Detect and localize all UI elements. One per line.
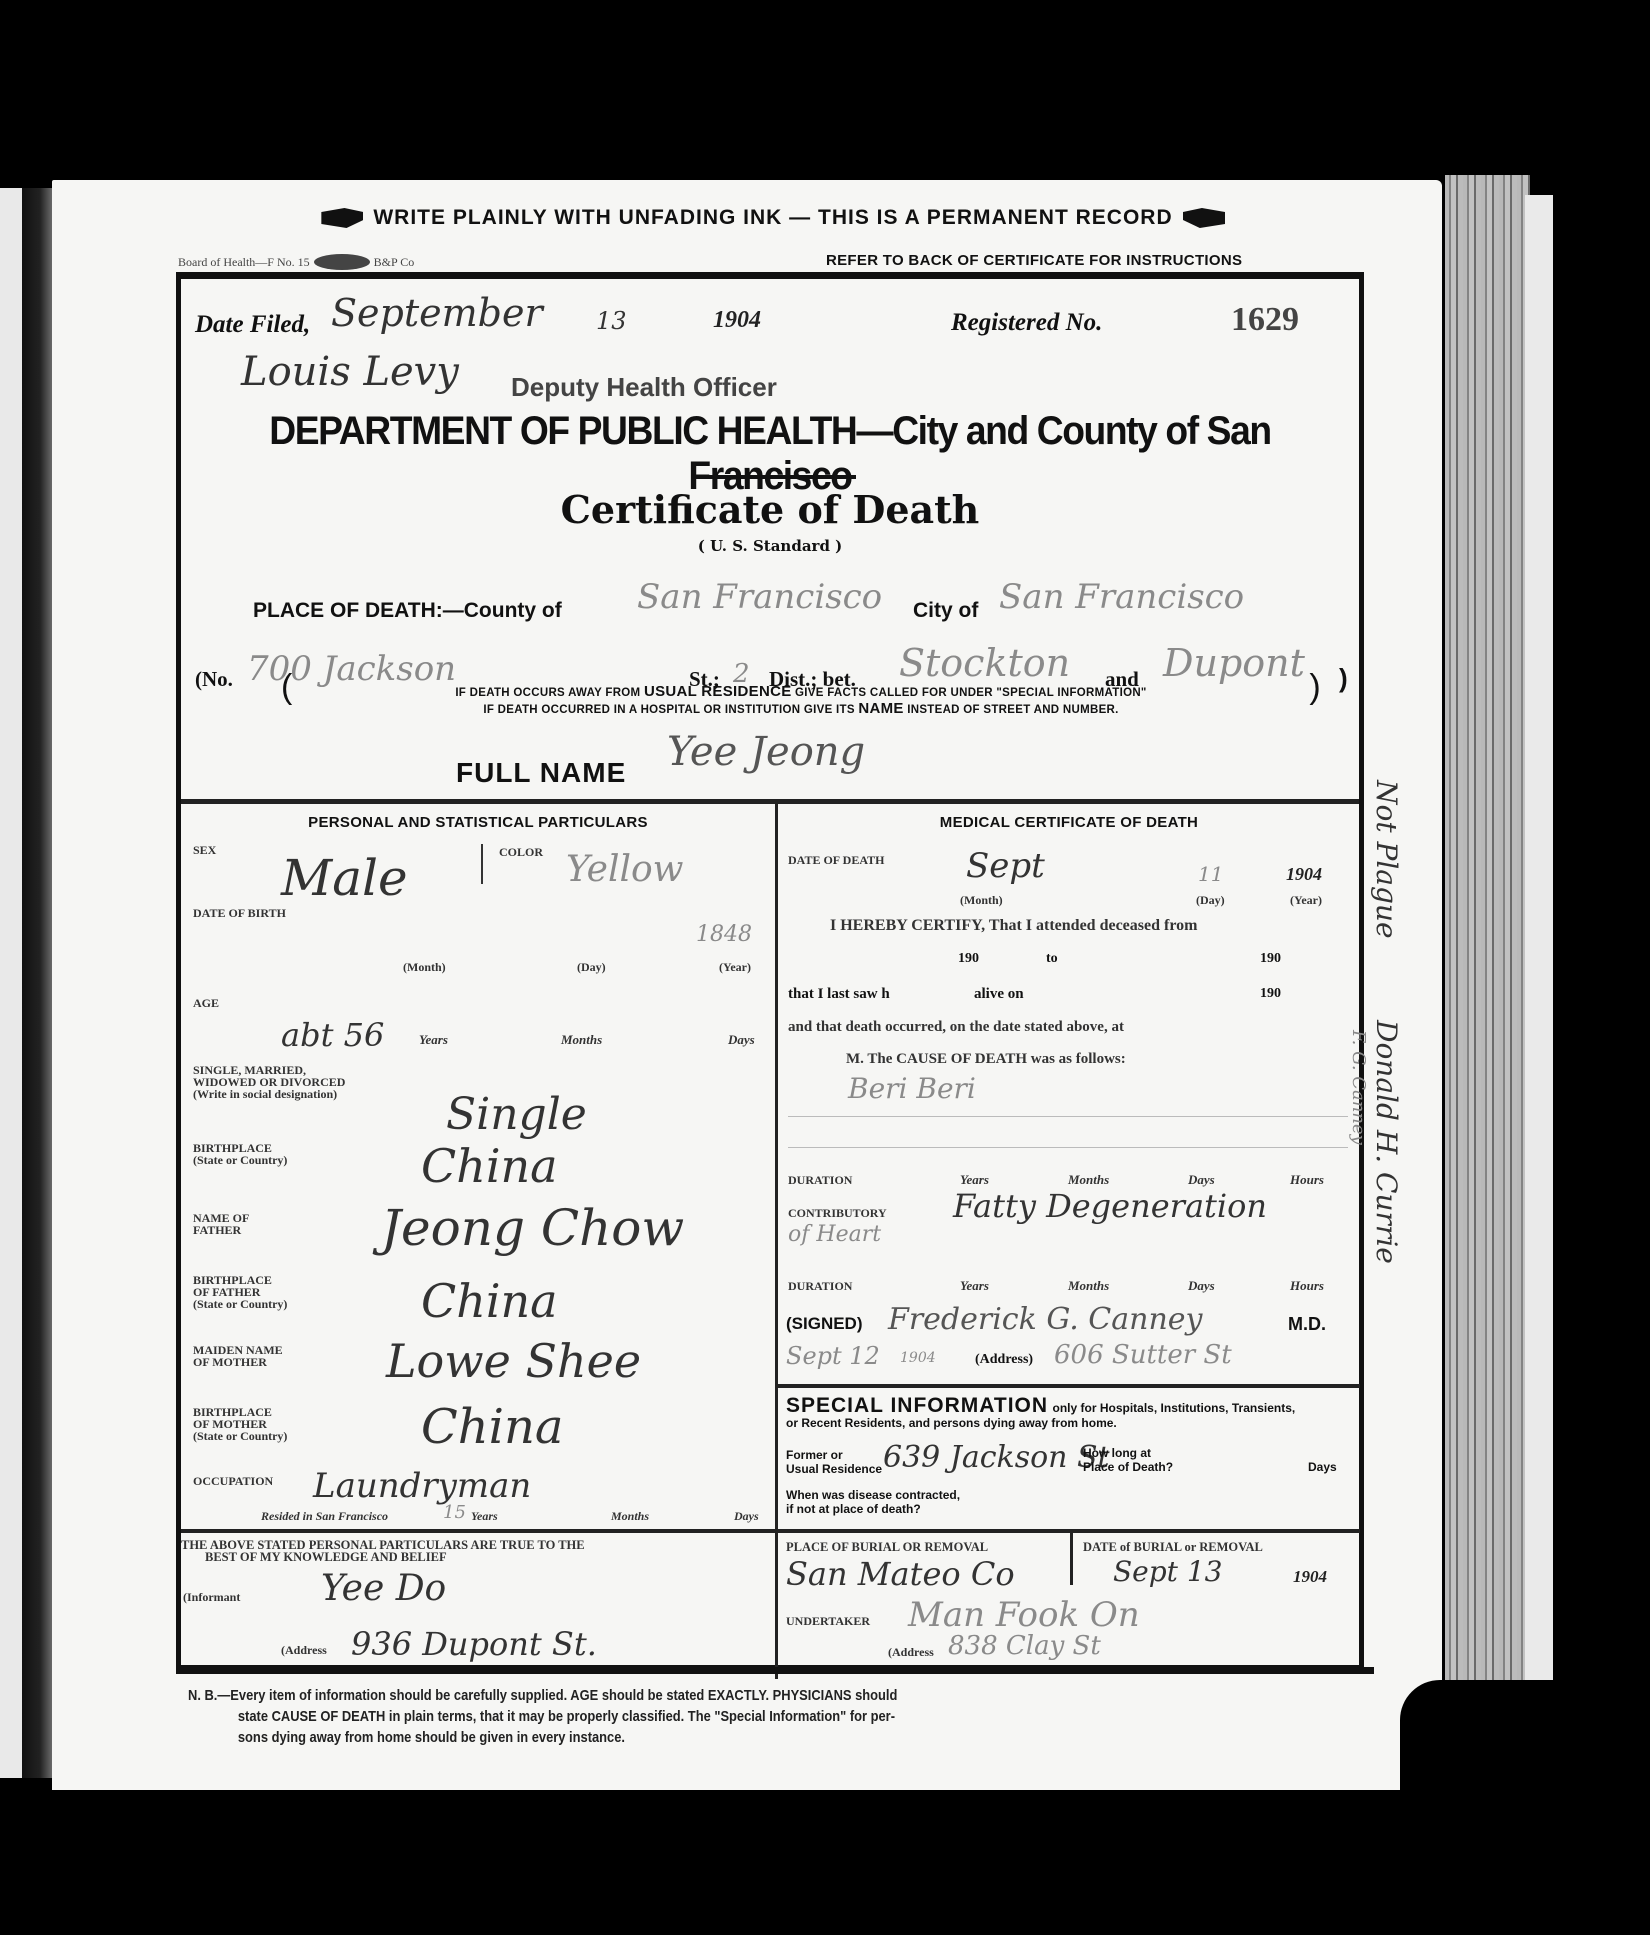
birth-year-value: 1848 (696, 922, 752, 947)
residence-instructions: IF DEATH OCCURS AWAY FROM USUAL RESIDENC… (281, 684, 1321, 718)
duration-months-label-2: Months (1068, 1278, 1109, 1294)
contributory-cause-continued: of Heart (788, 1222, 881, 1247)
informant-section: THE ABOVE STATED PERSONAL PARTICULARS AR… (181, 1529, 775, 1669)
occupation-value: Laundryman (313, 1466, 531, 1506)
birthplace-label: BIRTHPLACE (State or Country) (193, 1142, 287, 1166)
medical-section-title: MEDICAL CERTIFICATE OF DEATH (778, 814, 1360, 831)
full-name-label: FULL NAME (456, 757, 626, 789)
footnote-line: sons dying away from home should be give… (188, 1727, 1100, 1748)
to-label: to (1046, 951, 1058, 967)
banner-text: WRITE PLAINLY WITH UNFADING INK — THIS I… (373, 206, 1172, 230)
footnote-instructions: N. B.—Every item of information should b… (188, 1685, 1100, 1748)
duration-hours-label-2: Hours (1290, 1278, 1324, 1294)
burial-date-label: DATE of BURIAL or REMOVAL (1083, 1541, 1263, 1553)
informant-name-value: Yee Do (321, 1568, 446, 1609)
informant-label: (Informant (183, 1591, 240, 1603)
health-officer-signature: Louis Levy (241, 349, 459, 395)
resided-label: Resided in San Francisco (261, 1509, 388, 1524)
duration-days-label: Days (1188, 1172, 1215, 1188)
blank-line (788, 1147, 1348, 1148)
burial-place-label: PLACE OF BURIAL OR REMOVAL (786, 1541, 988, 1553)
death-month-value: Sept (966, 846, 1045, 886)
physician-signature: Frederick G. Canney (888, 1302, 1202, 1337)
undertaker-address-label: (Address (888, 1646, 934, 1658)
personal-section-title: PERSONAL AND STATISTICAL PARTICULARS (181, 814, 775, 831)
street-no-label: (No. (195, 667, 233, 692)
mother-birthplace-value: China (421, 1399, 564, 1455)
county-value: San Francisco (637, 577, 882, 617)
label-line: When was disease contracted, (786, 1488, 960, 1502)
burial-date-value: Sept 13 (1113, 1555, 1222, 1588)
certify-statement: I HEREBY CERTIFY, That I attended deceas… (830, 917, 1197, 935)
certificate-title: Certificate of Death (181, 487, 1359, 532)
street-address-value: 700 Jackson (247, 649, 456, 689)
date-filed-year: 1904 (713, 307, 761, 334)
union-label-seal-icon (314, 254, 370, 270)
form-code: Board of Health—F No. 15 B&P Co (178, 254, 414, 270)
day-label: (Day) (577, 961, 606, 973)
statement-line: BEST OF MY KNOWLEDGE AND BELIEF (181, 1551, 775, 1563)
duration-days-label-2: Days (1188, 1278, 1215, 1294)
label-line: OF MOTHER (193, 1356, 283, 1368)
burial-year-value: 1904 (1293, 1567, 1327, 1587)
father-name-value: Jeong Chow (381, 1199, 684, 1257)
place-of-death-label: PLACE OF DEATH:—County of (253, 599, 562, 623)
signed-year-value: 1904 (900, 1350, 936, 1366)
marital-status-label: SINGLE, MARRIED, WIDOWED OR DIVORCED (Wr… (193, 1064, 345, 1100)
death-day-value: 11 (1198, 862, 1223, 886)
book-gutter (22, 188, 52, 1778)
full-name-value: Yee Jeong (667, 729, 865, 775)
adjacent-page-edge (0, 188, 22, 1778)
undertaker-address-value: 838 Clay St (948, 1631, 1101, 1661)
cross-street-1: Stockton (899, 641, 1070, 685)
attended-to-year: 190 (1260, 951, 1281, 967)
instructions-note: REFER TO BACK OF CERTIFICATE FOR INSTRUC… (826, 252, 1242, 269)
age-label: AGE (193, 997, 219, 1009)
footnote-line: state CAUSE OF DEATH in plain terms, tha… (188, 1706, 1100, 1727)
birthplace-value: China (421, 1139, 558, 1193)
note-emphasis: NAME (858, 700, 903, 717)
special-info-title: SPECIAL INFORMATION (786, 1394, 1048, 1417)
marital-status-value: Single (446, 1089, 587, 1140)
undertaker-label: UNDERTAKER (786, 1615, 870, 1627)
label-line: if not at place of death? (786, 1502, 960, 1516)
registered-number: 1629 (1231, 301, 1299, 339)
resided-years-value: 15 (443, 1502, 466, 1523)
duration-label: DURATION (788, 1174, 852, 1186)
contributory-label: CONTRIBUTORY (788, 1207, 887, 1219)
color-label: COLOR (499, 846, 543, 858)
last-saw-label: that I last saw h (788, 986, 890, 1003)
blank-line (788, 1116, 1348, 1117)
md-label: M.D. (1288, 1314, 1326, 1335)
date-of-birth-label: DATE OF BIRTH (193, 907, 286, 919)
age-value: abt 56 (281, 1016, 384, 1054)
health-officer-title: Deputy Health Officer (511, 372, 777, 403)
signed-label: (SIGNED) (786, 1314, 863, 1334)
form-number: Board of Health—F No. 15 (178, 255, 310, 270)
certificate-form: Date Filed, September 13 1904 Registered… (176, 272, 1364, 1670)
duration-months-label: Months (1068, 1172, 1109, 1188)
sex-value: Male (281, 849, 408, 907)
occupation-label: OCCUPATION (193, 1475, 273, 1487)
date-filed-day: 13 (596, 307, 627, 335)
city-value: San Francisco (999, 577, 1244, 617)
resided-days-label: Days (734, 1509, 759, 1524)
attended-from-year: 190 (958, 951, 979, 967)
date-filed-label: Date Filed, (195, 311, 310, 339)
label-line: (Write in social designation) (193, 1088, 345, 1100)
special-info-heading: SPECIAL INFORMATION only for Hospitals, … (786, 1394, 1295, 1418)
age-days-label: Days (728, 1032, 755, 1048)
month-label: (Month) (403, 961, 446, 973)
usual-residence-label: Former or Usual Residence (786, 1448, 882, 1476)
death-month-label: (Month) (960, 894, 1003, 906)
note-text: IF DEATH OCCURRED IN A HOSPITAL OR INSTI… (483, 704, 858, 716)
cross-street-2: Dupont (1163, 641, 1305, 685)
margin-note-not-plague: Not Plague (1370, 780, 1403, 939)
father-name-label: NAME OF FATHER (193, 1212, 249, 1236)
registered-no-label: Registered No. (951, 309, 1102, 337)
title-divider (691, 475, 856, 479)
special-information-section: SPECIAL INFORMATION only for Hospitals, … (778, 1384, 1360, 1529)
cause-of-death-label: M. The CAUSE OF DEATH was as follows: (846, 1051, 1126, 1068)
label-line: (State or Country) (193, 1154, 287, 1166)
resided-months-label: Months (611, 1509, 649, 1524)
burial-section: PLACE OF BURIAL OR REMOVAL San Mateo Co … (778, 1529, 1360, 1669)
department-title: DEPARTMENT OF PUBLIC HEALTH—City and Cou… (222, 409, 1318, 499)
mother-birthplace-label: BIRTHPLACE OF MOTHER (State or Country) (193, 1406, 287, 1442)
age-years-label: Years (419, 1032, 448, 1048)
signed-date-value: Sept 12 (786, 1342, 880, 1370)
sex-label: SEX (193, 844, 216, 856)
special-info-subtitle-2: or Recent Residents, and persons dying a… (786, 1416, 1117, 1430)
label-line: (State or Country) (193, 1430, 287, 1442)
physician-address-label: (Address) (975, 1352, 1033, 1368)
resided-years-label: Years (471, 1509, 498, 1524)
duration-hours-label: Hours (1290, 1172, 1324, 1188)
informant-address-label: (Address (281, 1644, 327, 1656)
label-line: (State or Country) (193, 1298, 287, 1310)
usual-residence-value: 639 Jackson St (883, 1440, 1110, 1475)
mother-name-value: Lowe Shee (386, 1334, 641, 1388)
alive-on-label: alive on (974, 986, 1024, 1003)
label-line: Former or (786, 1448, 882, 1462)
label-line: Place of Death? (1083, 1460, 1173, 1474)
margin-note-signature: Donald H. Currie (1370, 1020, 1403, 1264)
contributory-cause-value: Fatty Degeneration (953, 1187, 1267, 1225)
cause-of-death-value: Beri Beri (848, 1072, 976, 1105)
special-info-subtitle: only for Hospitals, Institutions, Transi… (1053, 1401, 1296, 1415)
city-label: City of (913, 599, 978, 623)
footnote-line: N. B.—Every item of information should b… (188, 1687, 897, 1704)
note-text: GIVE FACTS CALLED FOR UNDER "SPECIAL INF… (792, 687, 1147, 699)
printer-mark: B&P Co (374, 255, 415, 270)
duration-label-2: DURATION (788, 1280, 852, 1292)
pointing-hand-icon (321, 208, 363, 228)
closing-paren: ) (1339, 663, 1348, 694)
last-saw-year: 190 (1260, 986, 1281, 1002)
disease-contracted-label: When was disease contracted, if not at p… (786, 1488, 960, 1516)
burial-place-value: San Mateo Co (786, 1555, 1015, 1593)
father-birthplace-label: BIRTHPLACE OF FATHER (State or Country) (193, 1274, 287, 1310)
color-value: Yellow (566, 849, 683, 890)
death-day-label: (Day) (1196, 894, 1225, 906)
mother-name-label: MAIDEN NAME OF MOTHER (193, 1344, 283, 1368)
death-year-label: (Year) (1290, 894, 1322, 906)
scan-shadow (1400, 1680, 1650, 1800)
informant-statement: THE ABOVE STATED PERSONAL PARTICULARS AR… (181, 1539, 775, 1563)
sex-color-divider (481, 844, 483, 884)
note-text: IF DEATH OCCURS AWAY FROM (455, 687, 644, 699)
date-of-death-label: DATE OF DEATH (788, 854, 884, 866)
duration-years-label: Years (960, 1172, 989, 1188)
how-long-days-label: Days (1308, 1460, 1337, 1474)
note-text: INSTEAD OF STREET AND NUMBER. (904, 704, 1119, 716)
form-bottom-rule (176, 1667, 1374, 1674)
duration-years-label-2: Years (960, 1278, 989, 1294)
permanent-record-banner: WRITE PLAINLY WITH UNFADING INK — THIS I… (228, 206, 1318, 230)
age-months-label: Months (561, 1032, 602, 1048)
label-line: FATHER (193, 1224, 249, 1236)
stacked-page-edges (1445, 175, 1530, 1735)
death-year-value: 1904 (1286, 864, 1322, 885)
margin-note-initials: F. G. Canney (1348, 1030, 1369, 1145)
label-line: Usual Residence (786, 1462, 882, 1476)
certificate-standard: ( U. S. Standard ) (181, 537, 1359, 555)
label-line: How long at (1083, 1446, 1173, 1460)
physician-address-value: 606 Sutter St (1054, 1340, 1232, 1370)
informant-address-value: 936 Dupont St. (351, 1625, 597, 1663)
year-label: (Year) (719, 961, 751, 973)
note-emphasis: USUAL RESIDENCE (644, 683, 792, 700)
father-birthplace-value: China (421, 1274, 558, 1328)
page-edge-highlight (1525, 195, 1553, 1725)
pointing-hand-icon (1183, 208, 1225, 228)
undertaker-value: Man Fook On (908, 1595, 1140, 1635)
how-long-label: How long at Place of Death? (1083, 1446, 1173, 1474)
death-occurred-statement: and that death occurred, on the date sta… (788, 1019, 1124, 1036)
burial-divider (1070, 1533, 1073, 1585)
date-filed-month: September (331, 291, 543, 335)
